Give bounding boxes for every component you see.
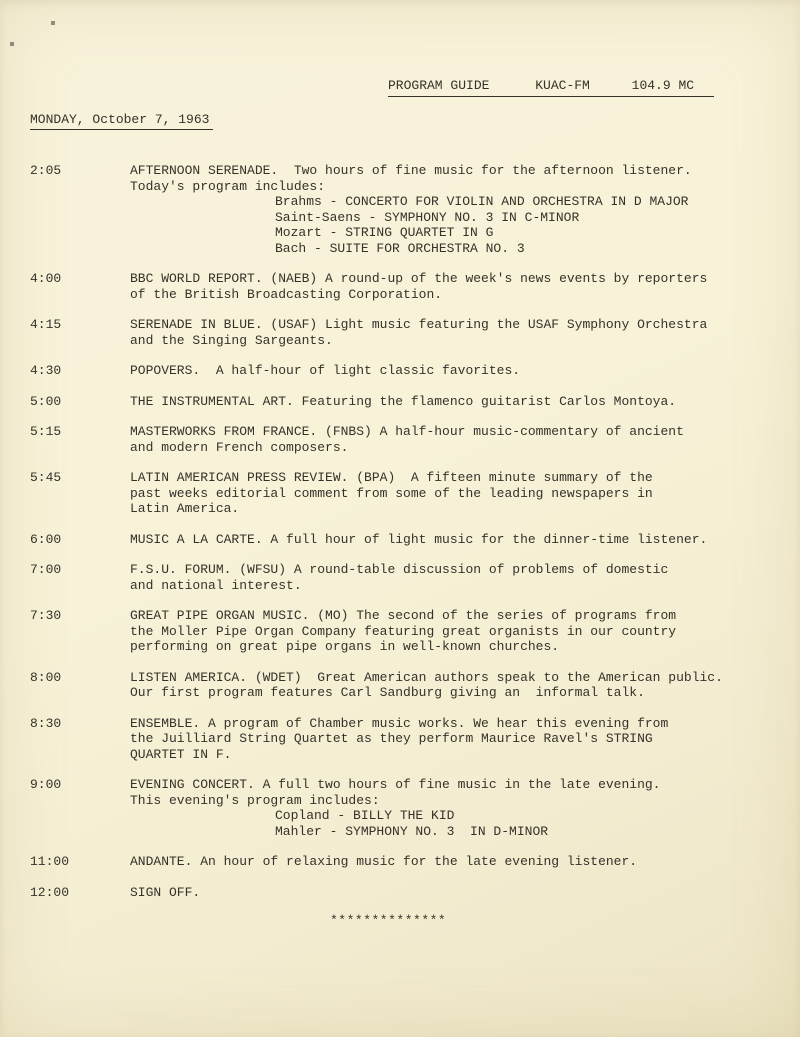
entry-description: EVENING CONCERT. A full two hours of fin… bbox=[130, 777, 772, 839]
schedule-entry: 5:00 THE INSTRUMENTAL ART. Featuring the… bbox=[0, 394, 800, 410]
entry-time: 7:30 bbox=[30, 608, 130, 655]
schedule-entry: 7:00 F.S.U. FORUM. (WFSU) A round-table … bbox=[0, 562, 800, 593]
program-item: Mahler - SYMPHONY NO. 3 IN D-MINOR bbox=[275, 824, 772, 840]
entry-description: LISTEN AMERICA. (WDET) Great American au… bbox=[130, 670, 772, 701]
entry-description: LATIN AMERICAN PRESS REVIEW. (BPA) A fif… bbox=[130, 470, 772, 517]
entry-description: ANDANTE. An hour of relaxing music for t… bbox=[130, 854, 772, 870]
entry-time: 5:15 bbox=[30, 424, 130, 455]
entry-time: 12:00 bbox=[30, 885, 130, 901]
document-page: PROGRAM GUIDE KUAC-FM 104.9 MC MONDAY, O… bbox=[0, 0, 800, 1037]
header-station: KUAC-FM bbox=[535, 78, 590, 93]
schedule-entry: 2:05 AFTERNOON SERENADE. Two hours of fi… bbox=[0, 163, 800, 256]
entry-description: BBC WORLD REPORT. (NAEB) A round-up of t… bbox=[130, 271, 772, 302]
paper-speck bbox=[10, 42, 14, 46]
entry-description: THE INSTRUMENTAL ART. Featuring the flam… bbox=[130, 394, 772, 410]
entry-description-text: LISTEN AMERICA. (WDET) Great American au… bbox=[130, 670, 772, 701]
entry-description-text: MASTERWORKS FROM FRANCE. (FNBS) A half-h… bbox=[130, 424, 772, 455]
schedule-entry: 5:45 LATIN AMERICAN PRESS REVIEW. (BPA) … bbox=[0, 470, 800, 517]
entry-description: MUSIC A LA CARTE. A full hour of light m… bbox=[130, 532, 772, 548]
entry-time: 5:45 bbox=[30, 470, 130, 517]
program-item: Mozart - STRING QUARTET IN G bbox=[275, 225, 772, 241]
schedule-entry: 8:00 LISTEN AMERICA. (WDET) Great Americ… bbox=[0, 670, 800, 701]
program-item: Bach - SUITE FOR ORCHESTRA NO. 3 bbox=[275, 241, 772, 257]
schedule-entry: 9:00 EVENING CONCERT. A full two hours o… bbox=[0, 777, 800, 839]
schedule-entry: 11:00 ANDANTE. An hour of relaxing music… bbox=[0, 854, 800, 870]
entry-time: 9:00 bbox=[30, 777, 130, 839]
entry-time: 5:00 bbox=[30, 394, 130, 410]
entry-time: 8:00 bbox=[30, 670, 130, 701]
schedule-entry: 6:00 MUSIC A LA CARTE. A full hour of li… bbox=[0, 532, 800, 548]
schedule-entry: 5:15 MASTERWORKS FROM FRANCE. (FNBS) A h… bbox=[0, 424, 800, 455]
entry-description-text: BBC WORLD REPORT. (NAEB) A round-up of t… bbox=[130, 271, 772, 302]
entry-time: 7:00 bbox=[30, 562, 130, 593]
entry-description-text: F.S.U. FORUM. (WFSU) A round-table discu… bbox=[130, 562, 772, 593]
entry-description: SIGN OFF. bbox=[130, 885, 772, 901]
entry-description-text: EVENING CONCERT. A full two hours of fin… bbox=[130, 777, 772, 808]
footer-separator: ************** bbox=[330, 913, 800, 929]
program-item: Saint-Saens - SYMPHONY NO. 3 IN C-MINOR bbox=[275, 210, 772, 226]
program-item: Copland - BILLY THE KID bbox=[275, 808, 772, 824]
entry-time: 4:30 bbox=[30, 363, 130, 379]
entry-description: F.S.U. FORUM. (WFSU) A round-table discu… bbox=[130, 562, 772, 593]
header-frequency: 104.9 MC bbox=[632, 78, 694, 93]
entry-description-text: GREAT PIPE ORGAN MUSIC. (MO) The second … bbox=[130, 608, 772, 655]
header-title: PROGRAM GUIDE bbox=[388, 78, 489, 93]
entry-description-text: LATIN AMERICAN PRESS REVIEW. (BPA) A fif… bbox=[130, 470, 772, 517]
entry-time: 6:00 bbox=[30, 532, 130, 548]
entry-description-text: POPOVERS. A half-hour of light classic f… bbox=[130, 363, 772, 379]
entry-description: ENSEMBLE. A program of Chamber music wor… bbox=[130, 716, 772, 763]
entry-program-list: Copland - BILLY THE KIDMahler - SYMPHONY… bbox=[275, 808, 772, 839]
page-header-underline: PROGRAM GUIDE KUAC-FM 104.9 MC bbox=[388, 78, 714, 97]
schedule-entry: 4:15 SERENADE IN BLUE. (USAF) Light musi… bbox=[0, 317, 800, 348]
entry-time: 4:15 bbox=[30, 317, 130, 348]
entry-time: 11:00 bbox=[30, 854, 130, 870]
entry-time: 8:30 bbox=[30, 716, 130, 763]
entry-time: 4:00 bbox=[30, 271, 130, 302]
schedule-entry: 7:30 GREAT PIPE ORGAN MUSIC. (MO) The se… bbox=[0, 608, 800, 655]
entry-description: POPOVERS. A half-hour of light classic f… bbox=[130, 363, 772, 379]
entry-description: GREAT PIPE ORGAN MUSIC. (MO) The second … bbox=[130, 608, 772, 655]
entry-description-text: AFTERNOON SERENADE. Two hours of fine mu… bbox=[130, 163, 772, 194]
entry-description-text: THE INSTRUMENTAL ART. Featuring the flam… bbox=[130, 394, 772, 410]
date-heading: MONDAY, October 7, 1963 bbox=[30, 112, 800, 131]
entry-description-text: SERENADE IN BLUE. (USAF) Light music fea… bbox=[130, 317, 772, 348]
entry-description: AFTERNOON SERENADE. Two hours of fine mu… bbox=[130, 163, 772, 256]
entry-time: 2:05 bbox=[30, 163, 130, 256]
schedule-entry: 8:30 ENSEMBLE. A program of Chamber musi… bbox=[0, 716, 800, 763]
schedule-entry: 4:00 BBC WORLD REPORT. (NAEB) A round-up… bbox=[0, 271, 800, 302]
date-heading-text: MONDAY, October 7, 1963 bbox=[30, 112, 213, 131]
entry-description-text: MUSIC A LA CARTE. A full hour of light m… bbox=[130, 532, 772, 548]
entry-description-text: SIGN OFF. bbox=[130, 885, 772, 901]
entry-description-text: ENSEMBLE. A program of Chamber music wor… bbox=[130, 716, 772, 763]
paper-speck bbox=[51, 21, 55, 25]
entry-description-text: ANDANTE. An hour of relaxing music for t… bbox=[130, 854, 772, 870]
schedule-entry: 12:00 SIGN OFF. bbox=[0, 885, 800, 901]
entry-program-list: Brahms - CONCERTO FOR VIOLIN AND ORCHEST… bbox=[275, 194, 772, 256]
page-header: PROGRAM GUIDE KUAC-FM 104.9 MC bbox=[388, 78, 800, 97]
entry-description: SERENADE IN BLUE. (USAF) Light music fea… bbox=[130, 317, 772, 348]
program-item: Brahms - CONCERTO FOR VIOLIN AND ORCHEST… bbox=[275, 194, 772, 210]
entry-description: MASTERWORKS FROM FRANCE. (FNBS) A half-h… bbox=[130, 424, 772, 455]
schedule-list: 2:05 AFTERNOON SERENADE. Two hours of fi… bbox=[0, 163, 800, 900]
schedule-entry: 4:30 POPOVERS. A half-hour of light clas… bbox=[0, 363, 800, 379]
